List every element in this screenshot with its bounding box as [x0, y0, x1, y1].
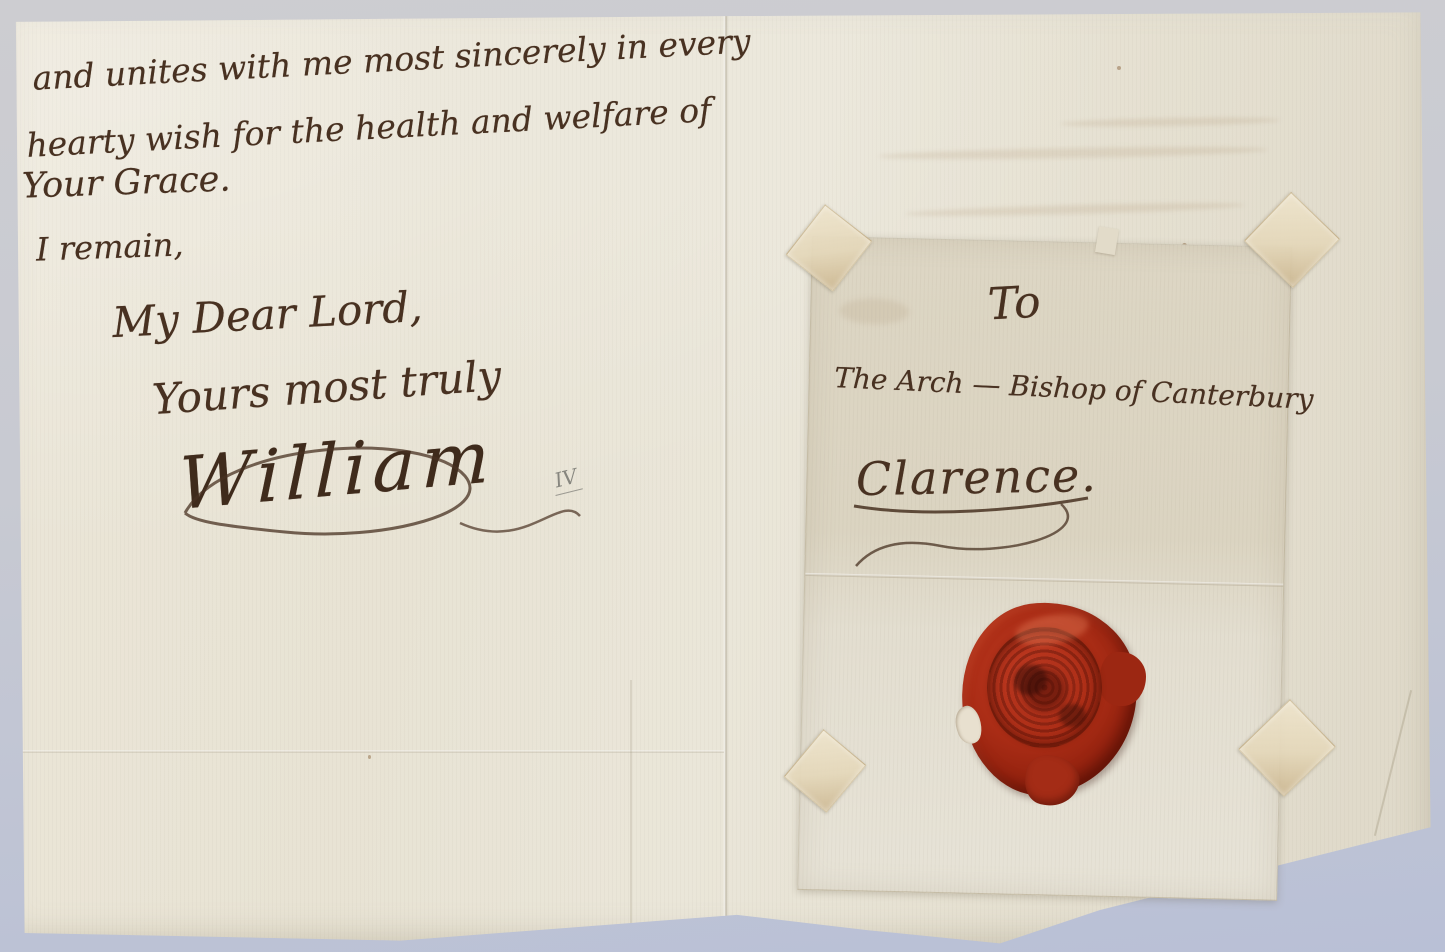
- foxing-speck: [1117, 66, 1121, 70]
- address-panel-stain: [839, 298, 910, 326]
- torn-paper-tab: [1095, 226, 1119, 255]
- wax-seal: [962, 602, 1138, 794]
- ink-showthrough-mark: [878, 145, 1268, 162]
- foxing-speck: [368, 755, 371, 759]
- photo-background: and unites with me most sincerely in eve…: [0, 0, 1445, 952]
- minor-fold-crease: [630, 680, 632, 942]
- address-to-line: To: [987, 277, 1042, 331]
- address-panel-fold-crease: [805, 573, 1283, 587]
- letter-body-line: I remain,: [35, 225, 184, 268]
- corner-fold-crease: [1374, 690, 1412, 836]
- horizontal-fold-crease: [18, 750, 724, 753]
- clarence-frank-signature: Clarence.: [856, 448, 1099, 506]
- letter-body-line: Your Grace.: [21, 159, 231, 206]
- ink-showthrough-mark: [1060, 116, 1280, 128]
- ink-showthrough-mark: [905, 201, 1245, 219]
- foxing-speck: [1314, 868, 1318, 872]
- center-fold-crease: [723, 12, 728, 942]
- wax-seal-impression: [987, 627, 1102, 748]
